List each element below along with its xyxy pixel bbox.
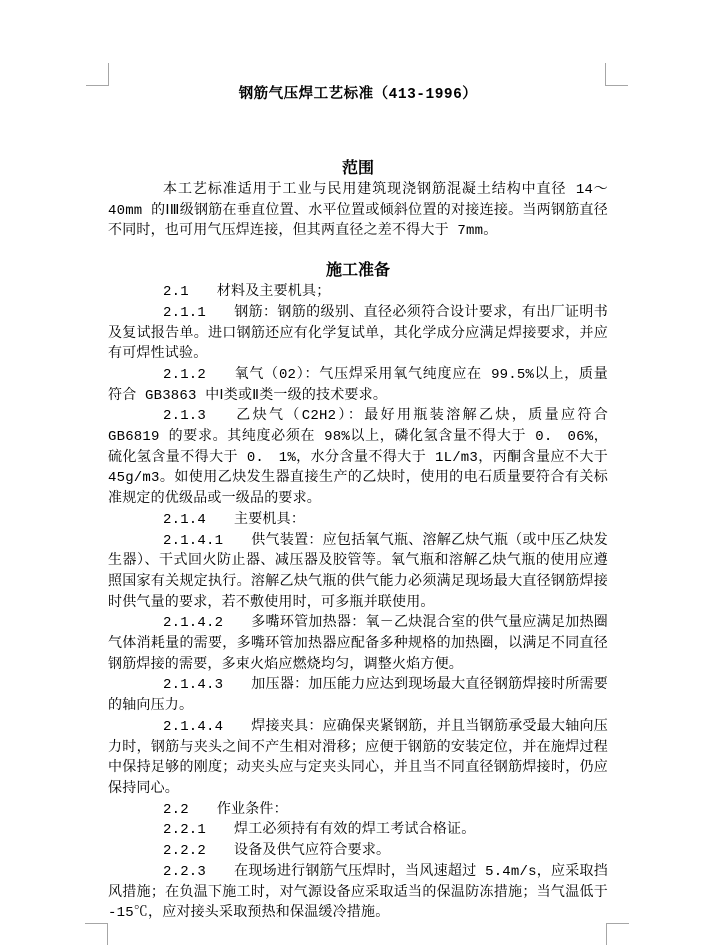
clause-paragraph: 2.1.4.4焊接夹具：应确保夹紧钢筋，并且当钢筋承受最大轴向压力时，钢筋与夹头… xyxy=(108,717,608,800)
clause-number: 2.1.4 xyxy=(163,512,206,528)
clause-text: 焊工必须持有有效的焊工考试合格证。 xyxy=(234,822,475,838)
section-scope: 范围本工艺标准适用于工业与民用建筑现浇钢筋混凝土结构中直径 14～40mm 的Ⅰ… xyxy=(108,158,608,242)
body-paragraph: 本工艺标准适用于工业与民用建筑现浇钢筋混凝土结构中直径 14～40mm 的ⅠⅢ级… xyxy=(108,180,608,242)
margin-mark-bottom-right xyxy=(606,923,629,945)
clause-number: 2.1.2 xyxy=(163,367,206,383)
clause-paragraph: 2.1.3乙炔气（C2H2）：最好用瓶装溶解乙炔，质量应符合 GB6819 的要… xyxy=(108,406,608,510)
document-content: 钢筋气压焊工艺标准（413-1996） 范围本工艺标准适用于工业与民用建筑现浇钢… xyxy=(108,84,608,924)
clause-text: 材料及主要机具； xyxy=(217,284,331,300)
clause-text: 作业条件： xyxy=(217,802,288,818)
clause-paragraph: 2.1.2氧气（02）：气压焊采用氧气纯度应在 99.5%以上，质量符合 GB3… xyxy=(108,365,608,406)
clause-paragraph: 2.1.4主要机具： xyxy=(108,510,608,531)
clause-number: 2.2 xyxy=(163,802,189,818)
clause-number: 2.1.1 xyxy=(163,305,206,321)
section-preparation: 施工准备2.1材料及主要机具；2.1.1钢筋：钢筋的级别、直径必须符合设计要求，… xyxy=(108,260,608,924)
clause-number: 2.1.4.4 xyxy=(163,719,223,735)
margin-mark-bottom-left xyxy=(85,923,108,945)
margin-mark-top-left xyxy=(86,63,109,86)
clause-number: 2.1.3 xyxy=(163,408,206,424)
section-heading: 施工准备 xyxy=(108,260,608,282)
clause-paragraph: 2.2.1焊工必须持有有效的焊工考试合格证。 xyxy=(108,820,608,841)
clause-number: 2.2.3 xyxy=(163,864,206,880)
section-heading: 范围 xyxy=(108,158,608,180)
margin-mark-top-right xyxy=(605,63,628,86)
clause-paragraph: 2.1.4.1供气装置：应包括氧气瓶、溶解乙炔气瓶（或中压乙炔发生器）、干式回火… xyxy=(108,531,608,614)
clause-number: 2.1.4.3 xyxy=(163,677,223,693)
clause-paragraph: 2.1.1钢筋：钢筋的级别、直径必须符合设计要求，有出厂证明书及复试报告单。进口… xyxy=(108,303,608,365)
document-page: 钢筋气压焊工艺标准（413-1996） 范围本工艺标准适用于工业与民用建筑现浇钢… xyxy=(0,0,712,945)
clause-number: 2.1.4.1 xyxy=(163,533,223,549)
clause-paragraph: 2.1.4.3加压器：加压能力应达到现场最大直径钢筋焊接时所需要的轴向压力。 xyxy=(108,675,608,716)
clause-number: 2.1 xyxy=(163,284,189,300)
clause-text: 设备及供气应符合要求。 xyxy=(234,843,390,859)
clause-paragraph: 2.2作业条件： xyxy=(108,800,608,821)
clause-paragraph: 2.1.4.2多嘴环管加热器：氧－乙炔混合室的供气量应满足加热圈气体消耗量的需要… xyxy=(108,613,608,675)
clause-paragraph: 2.2.2设备及供气应符合要求。 xyxy=(108,841,608,862)
clause-text: 本工艺标准适用于工业与民用建筑现浇钢筋混凝土结构中直径 14～40mm 的ⅠⅢ级… xyxy=(108,182,608,239)
clause-paragraph: 2.1材料及主要机具； xyxy=(108,282,608,303)
clause-paragraph: 2.2.3在现场进行钢筋气压焊时，当风速超过 5.4m/s，应采取挡风措施；在负… xyxy=(108,862,608,924)
clause-number: 2.2.2 xyxy=(163,843,206,859)
clause-number: 2.1.4.2 xyxy=(163,615,223,631)
clause-text: 主要机具： xyxy=(234,512,305,528)
document-title: 钢筋气压焊工艺标准（413-1996） xyxy=(108,84,608,106)
clause-number: 2.2.1 xyxy=(163,822,206,838)
document-body: 范围本工艺标准适用于工业与民用建筑现浇钢筋混凝土结构中直径 14～40mm 的Ⅰ… xyxy=(108,158,608,924)
